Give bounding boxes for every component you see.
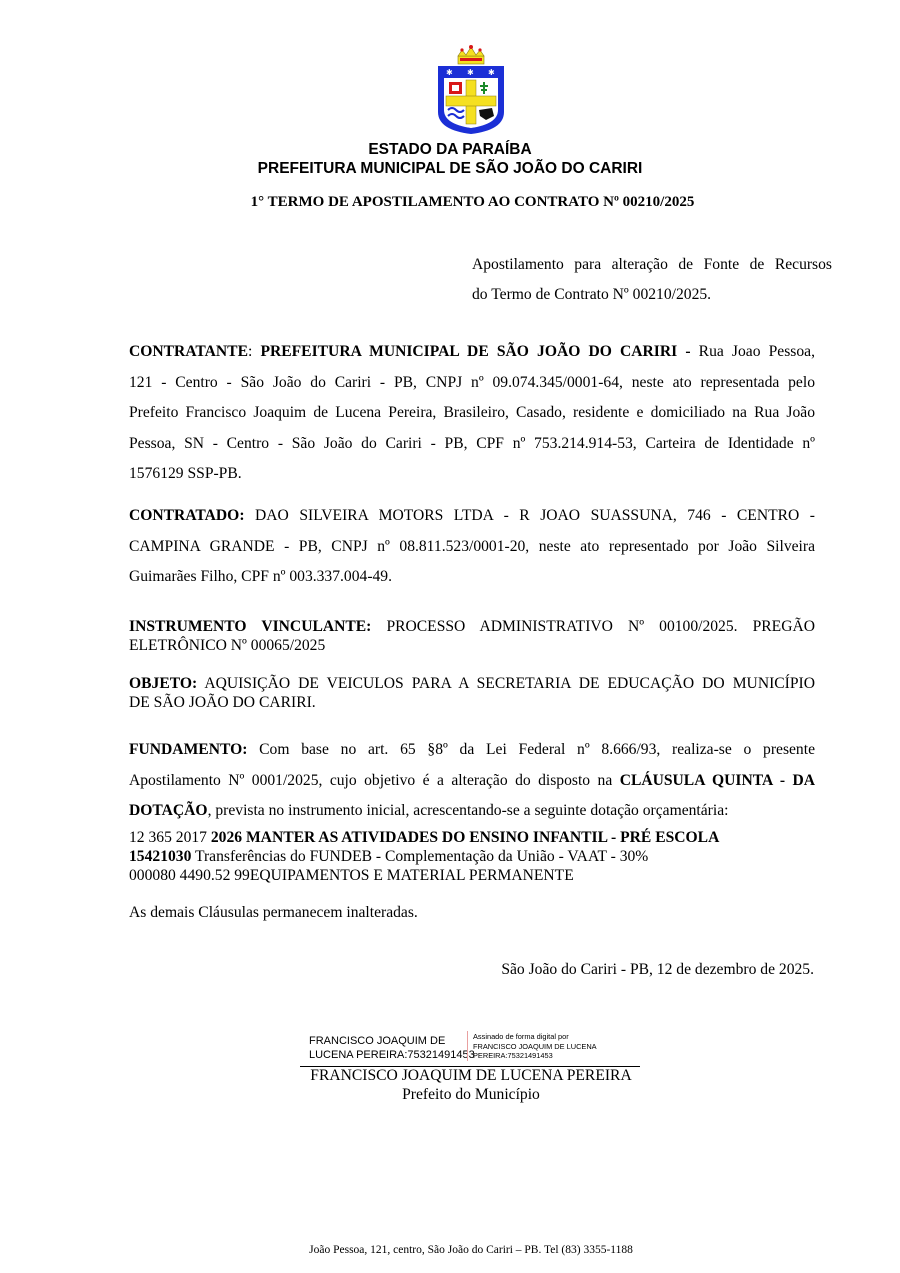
digital-signature-name: FRANCISCO JOAQUIM DE LUCENA PEREIRA:7532… bbox=[309, 1034, 475, 1062]
contratado-section: CONTRATADO: DAO SILVEIRA MOTORS LTDA - R… bbox=[129, 501, 815, 593]
document-title: 1° TERMO DE APOSTILAMENTO AO CONTRATO Nº… bbox=[0, 194, 900, 211]
instrumento-section: INSTRUMENTO VINCULANTE: PROCESSO ADMINIS… bbox=[129, 617, 815, 655]
contratante-section: CONTRATANTE: PREFEITURA MUNICIPAL DE SÃO… bbox=[129, 337, 815, 490]
svg-text:✱: ✱ bbox=[467, 68, 474, 77]
page-footer: João Pessoa, 121, centro, São João do Ca… bbox=[0, 1244, 900, 1256]
place-and-date: São João do Cariri - PB, 12 de dezembro … bbox=[501, 961, 814, 979]
coat-of-arms-icon: ✱ ✱ ✱ bbox=[436, 44, 506, 136]
signature-divider bbox=[467, 1031, 468, 1061]
contratante-label: CONTRATANTE bbox=[129, 343, 248, 360]
ementa: Apostilamento para alteração de Fonte de… bbox=[472, 250, 832, 310]
signer-role: Prefeito do Município bbox=[0, 1085, 900, 1104]
header-state: ESTADO DA PARAÍBA bbox=[0, 140, 900, 159]
objeto-section: OBJETO: AQUISIÇÃO DE VEICULOS PARA A SEC… bbox=[129, 674, 815, 712]
objeto-label: OBJETO: bbox=[129, 675, 197, 692]
budget-allocation: 12 365 2017 2026 MANTER AS ATIVIDADES DO… bbox=[129, 828, 719, 885]
ementa-line: Apostilamento para alteração de Fonte de… bbox=[472, 250, 832, 280]
header-municipality: PREFEITURA MUNICIPAL DE SÃO JOÃO DO CARI… bbox=[0, 159, 900, 178]
svg-text:✱: ✱ bbox=[446, 68, 453, 77]
ementa-line: do Termo de Contrato Nº 00210/2025. bbox=[472, 280, 832, 310]
fundamento-label: FUNDAMENTO: bbox=[129, 741, 247, 758]
contratante-name: PREFEITURA MUNICIPAL DE SÃO JOÃO DO CARI… bbox=[260, 343, 690, 360]
fundamento-section: FUNDAMENTO: Com base no art. 65 §8º da L… bbox=[129, 735, 815, 827]
remaining-clauses-note: As demais Cláusulas permanecem inalterad… bbox=[129, 904, 418, 922]
digital-signature-stamp: Assinado de forma digital por FRANCISCO … bbox=[473, 1032, 597, 1061]
instrumento-label: INSTRUMENTO VINCULANTE: bbox=[129, 618, 371, 635]
contratado-label: CONTRATADO: bbox=[129, 507, 245, 524]
signer-name: FRANCISCO JOAQUIM DE LUCENA PEREIRA bbox=[0, 1066, 900, 1085]
svg-text:✱: ✱ bbox=[488, 68, 495, 77]
